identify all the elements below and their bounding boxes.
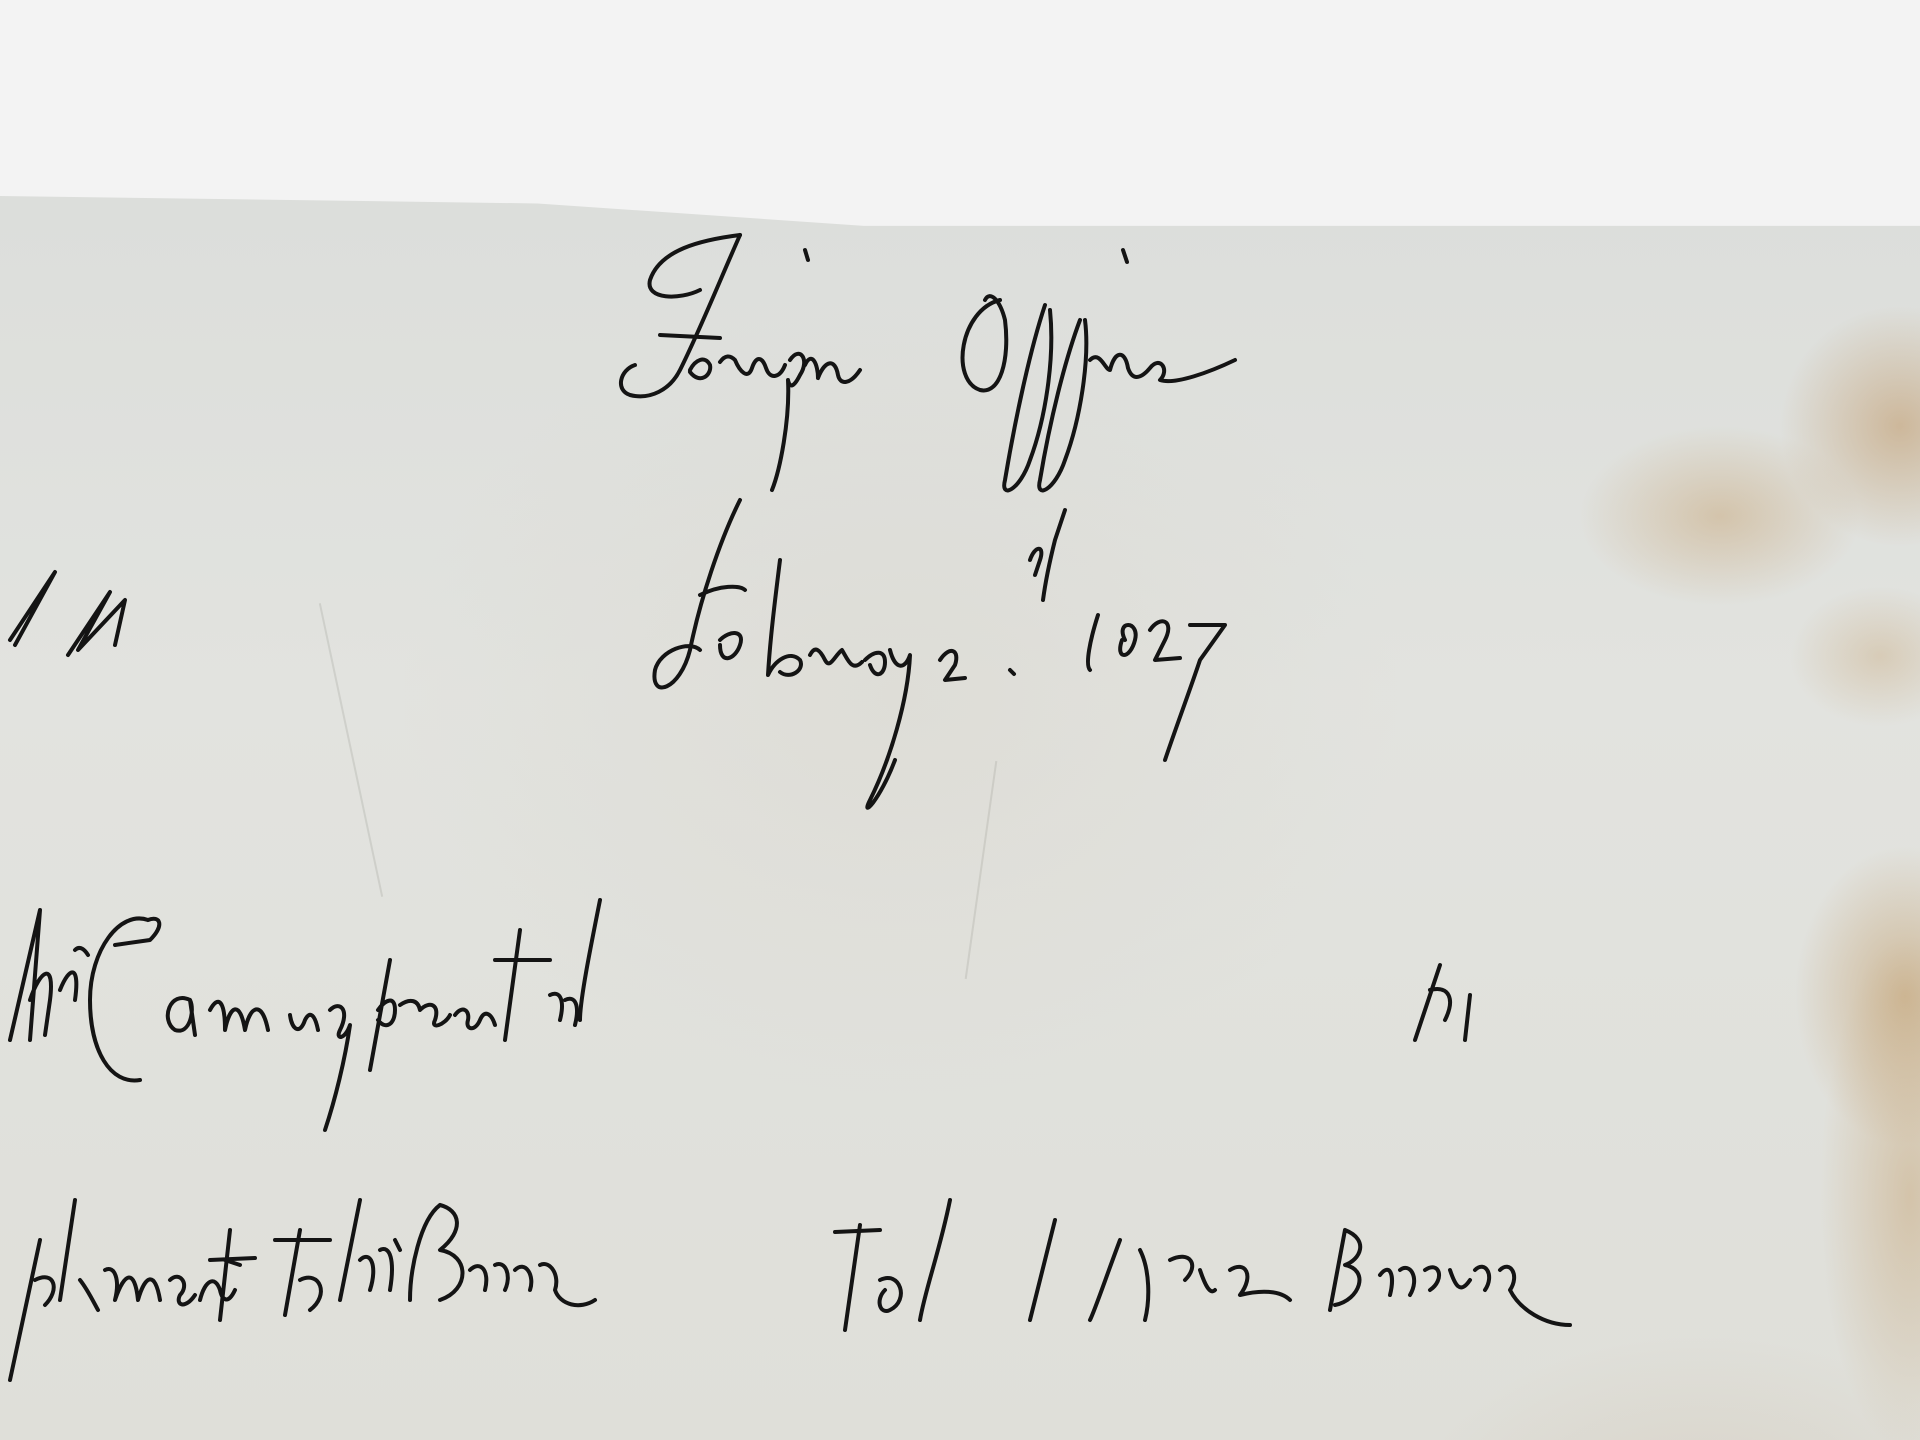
heading-place: Foreign Office xyxy=(620,260,1488,399)
left-fragment: am xyxy=(0,560,139,665)
body-line-2: pliments to Mr Browne xyxy=(0,1220,1409,1359)
date-day-suffix: nd xyxy=(1020,510,1097,580)
date-day: 2 xyxy=(940,590,997,695)
body-line-1: Mr Canning presents his xyxy=(0,930,1507,1069)
date-month: February xyxy=(650,570,1160,698)
date-year: 1827 xyxy=(1090,590,1370,718)
